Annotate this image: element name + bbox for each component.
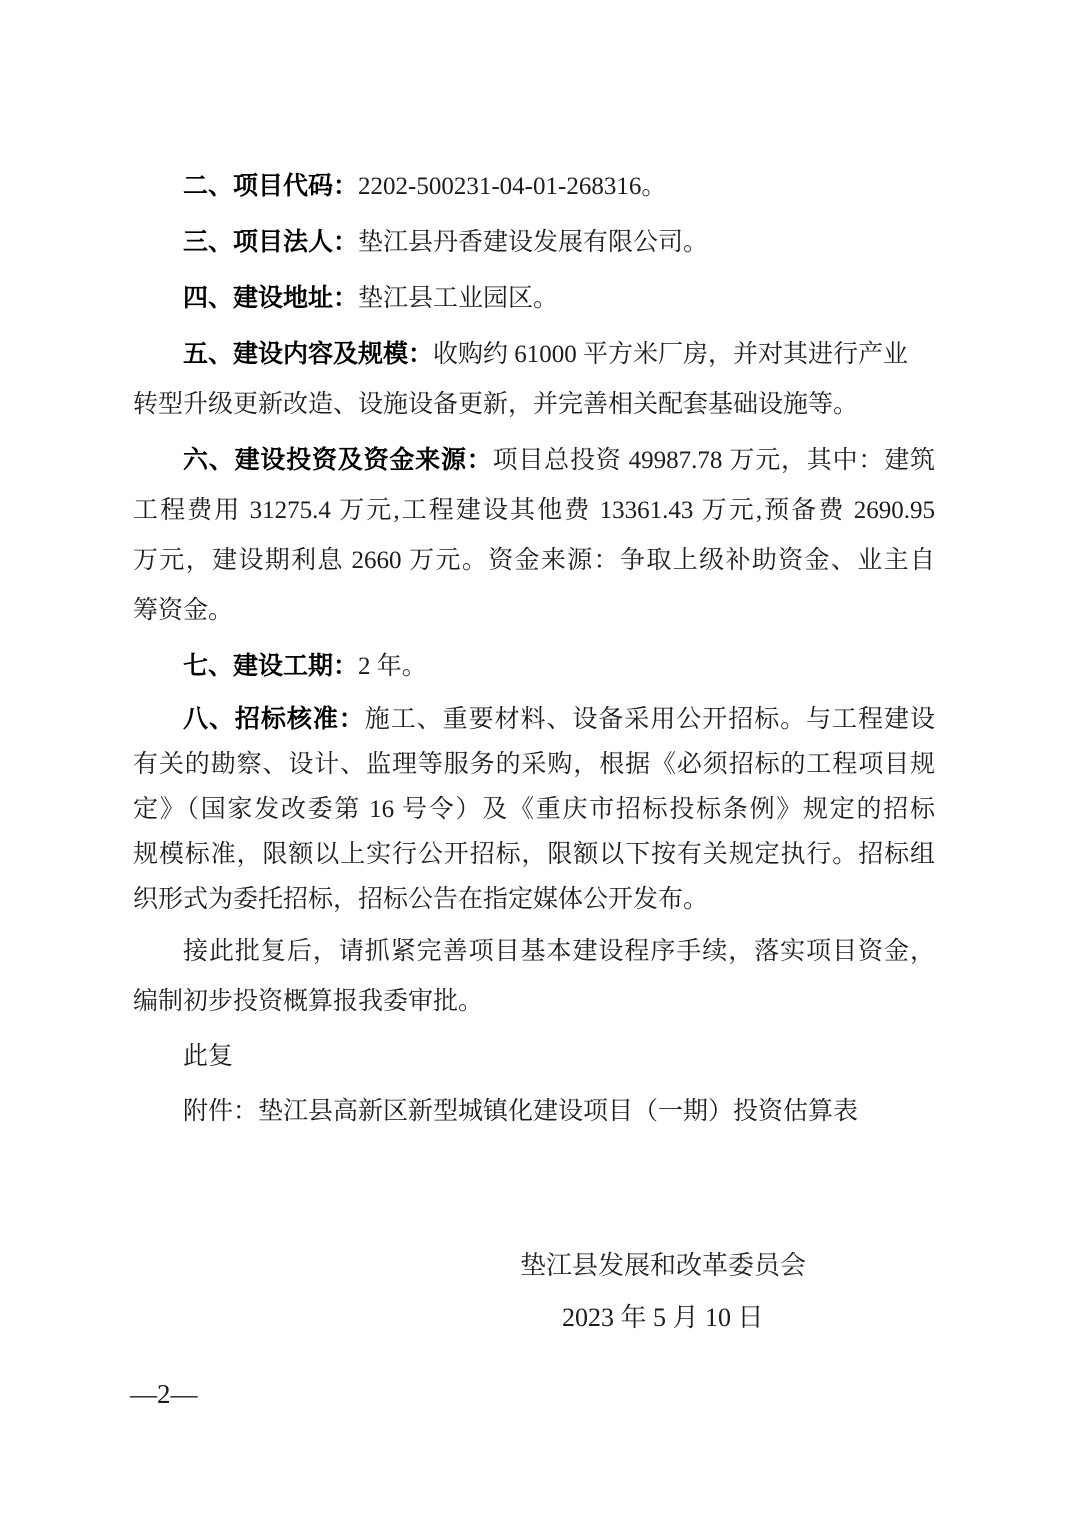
section-text: 垫江县丹香建设发展有限公司。 (358, 229, 708, 256)
issuing-authority: 垫江县发展和改革委员会 (520, 1244, 806, 1288)
text-line: 工程费用 31275.4 万元,工程建设其他费 13361.43 万元,预备费 … (133, 486, 935, 536)
section-text: 垫江县工业园区。 (358, 285, 558, 312)
text-line: 转型升级更新改造、设施设备更新，并完善相关配套基础设施等。 (133, 380, 935, 430)
issue-date: 2023 年 5 月 10 日 (562, 1296, 764, 1340)
section-label: 三、项目法人： (183, 228, 358, 256)
section-label: 八、招标核准： (183, 705, 365, 733)
section-text: 2202-500231-04-01-268316。 (358, 173, 666, 200)
text-line: 万元，建设期利息 2660 万元。资金来源：争取上级补助资金、业主自 (133, 536, 935, 586)
text-line: 编制初步投资概算报我委审批。 (133, 977, 935, 1027)
section-text: 项目总投资 49987.78 万元，其中：建筑 (493, 447, 935, 474)
section-text: 此复 (183, 1043, 233, 1070)
section-label: 七、建设工期： (183, 652, 358, 680)
section-label: 六、建设投资及资金来源： (183, 446, 493, 474)
text-line: 有关的勘察、设计、监理等服务的采购，根据《必须招标的工程项目规 (133, 742, 935, 787)
document-body: 二、项目代码：2202-500231-04-01-268316。 三、项目法人：… (133, 161, 935, 1142)
text-line: 五、建设内容及规模：收购约 61000 平方米厂房，并对其进行产业 (133, 329, 935, 380)
paragraph-attachment: 附件：垫江县高新区新型城镇化建设项目（一期）投资估算表 (133, 1087, 935, 1137)
text-line: 七、建设工期：2 年。 (133, 641, 935, 692)
text-line: 六、建设投资及资金来源：项目总投资 49987.78 万元，其中：建筑 (133, 435, 935, 486)
paragraph-investment: 六、建设投资及资金来源：项目总投资 49987.78 万元，其中：建筑 工程费用… (133, 435, 935, 636)
text-line: 三、项目法人：垫江县丹香建设发展有限公司。 (133, 217, 935, 268)
text-line: 接此批复后，请抓紧完善项目基本建设程序手续，落实项目资金， (133, 927, 935, 977)
paragraph-legal-entity: 三、项目法人：垫江县丹香建设发展有限公司。 (133, 217, 935, 268)
paragraph-project-code: 二、项目代码：2202-500231-04-01-268316。 (133, 161, 935, 212)
text-line: 八、招标核准：施工、重要材料、设备采用公开招标。与工程建设 (133, 697, 935, 742)
text-line: 定》（国家发改委第 16 号令）及《重庆市招标投标条例》规定的招标 (133, 787, 935, 832)
paragraph-bidding: 八、招标核准：施工、重要材料、设备采用公开招标。与工程建设 有关的勘察、设计、监… (133, 697, 935, 922)
section-label: 五、建设内容及规模： (183, 340, 433, 368)
section-label: 二、项目代码： (183, 172, 358, 200)
paragraph-construction-site: 四、建设地址：垫江县工业园区。 (133, 273, 935, 324)
section-text: 接此批复后，请抓紧完善项目基本建设程序手续，落实项目资金， (183, 938, 935, 965)
section-text: 施工、重要材料、设备采用公开招标。与工程建设 (365, 706, 935, 733)
text-line: 附件：垫江县高新区新型城镇化建设项目（一期）投资估算表 (133, 1087, 935, 1137)
text-line: 四、建设地址：垫江县工业园区。 (133, 273, 935, 324)
section-label: 四、建设地址： (183, 284, 358, 312)
document-page: 二、项目代码：2202-500231-04-01-268316。 三、项目法人：… (0, 0, 1074, 1520)
section-text: 收购约 61000 平方米厂房，并对其进行产业 (433, 341, 908, 368)
text-line: 筹资金。 (133, 586, 935, 636)
page-number: —2— (130, 1376, 198, 1412)
section-text: 附件：垫江县高新区新型城镇化建设项目（一期）投资估算表 (183, 1098, 858, 1125)
paragraph-closing-instruction: 接此批复后，请抓紧完善项目基本建设程序手续，落实项目资金， 编制初步投资概算报我… (133, 927, 935, 1027)
text-line: 规模标准，限额以上实行公开招标，限额以下按有关规定执行。招标组 (133, 832, 935, 877)
text-line: 二、项目代码：2202-500231-04-01-268316。 (133, 161, 935, 212)
paragraph-duration: 七、建设工期：2 年。 (133, 641, 935, 692)
paragraph-scope: 五、建设内容及规模：收购约 61000 平方米厂房，并对其进行产业 转型升级更新… (133, 329, 935, 430)
section-text: 2 年。 (358, 653, 427, 680)
text-line: 织形式为委托招标，招标公告在指定媒体公开发布。 (133, 877, 935, 922)
text-line: 此复 (133, 1032, 935, 1082)
paragraph-reply-note: 此复 (133, 1032, 935, 1082)
